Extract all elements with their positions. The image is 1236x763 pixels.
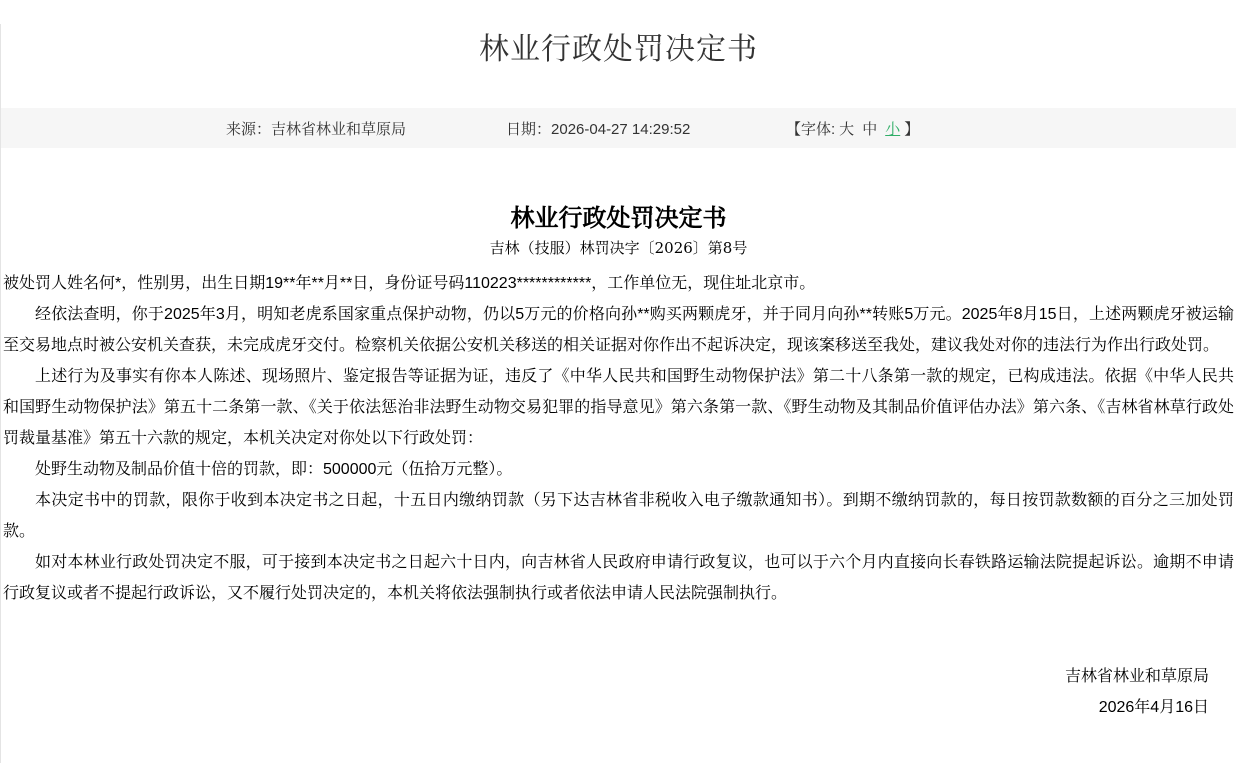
font-size-large[interactable]: 大 bbox=[839, 121, 854, 138]
paragraph-penalized-person: 被处罚人姓名何*，性别男，出生日期19**年**月**日，身份证号码110223… bbox=[3, 268, 1234, 299]
signature-date: 2026年4月16日 bbox=[3, 692, 1209, 723]
date-label: 日期： bbox=[506, 121, 551, 138]
page: 林业行政处罚决定书 来源：吉林省林业和草原局 日期：2026-04-27 14:… bbox=[0, 24, 1236, 763]
page-title: 林业行政处罚决定书 bbox=[1, 24, 1236, 68]
document-body: 林业行政处罚决定书 吉林（技服）林罚决字〔2026〕第8号 被处罚人姓名何*，性… bbox=[1, 198, 1236, 723]
document-title: 林业行政处罚决定书 bbox=[3, 198, 1234, 233]
font-widget-suffix: 】 bbox=[904, 121, 919, 138]
meta-bar: 来源：吉林省林业和草原局 日期：2026-04-27 14:29:52 【字体:… bbox=[1, 108, 1236, 148]
source-label: 来源： bbox=[226, 121, 271, 138]
source-value: 吉林省林业和草原局 bbox=[271, 121, 406, 138]
font-widget-prefix: 【字体: bbox=[786, 121, 835, 138]
date-field: 日期：2026-04-27 14:29:52 bbox=[506, 118, 786, 139]
font-size-widget: 【字体:大中小】 bbox=[786, 118, 919, 139]
source-field: 来源：吉林省林业和草原局 bbox=[226, 118, 506, 139]
date-value: 2026-04-27 14:29:52 bbox=[551, 121, 690, 138]
paragraph-payment-terms: 本决定书中的罚款，限你于收到本决定书之日起，十五日内缴纳罚款（另下达吉林省非税收… bbox=[3, 485, 1234, 547]
document-number: 吉林（技服）林罚决字〔2026〕第8号 bbox=[3, 237, 1234, 258]
font-size-small[interactable]: 小 bbox=[885, 121, 900, 138]
signature-block: 吉林省林业和草原局 2026年4月16日 bbox=[3, 661, 1234, 723]
signature-agency: 吉林省林业和草原局 bbox=[3, 661, 1209, 692]
paragraph-legal-basis: 上述行为及事实有你本人陈述、现场照片、鉴定报告等证据为证，违反了《中华人民共和国… bbox=[3, 361, 1234, 454]
paragraph-facts: 经依法查明，你于2025年3月，明知老虎系国家重点保护动物，仍以5万元的价格向孙… bbox=[3, 299, 1234, 361]
font-size-medium[interactable]: 中 bbox=[862, 121, 877, 138]
paragraph-appeal-rights: 如对本林业行政处罚决定不服，可于接到本决定书之日起六十日内，向吉林省人民政府申请… bbox=[3, 547, 1234, 609]
paragraph-penalty-amount: 处野生动物及制品价值十倍的罚款，即：500000元（伍拾万元整）。 bbox=[3, 454, 1234, 485]
